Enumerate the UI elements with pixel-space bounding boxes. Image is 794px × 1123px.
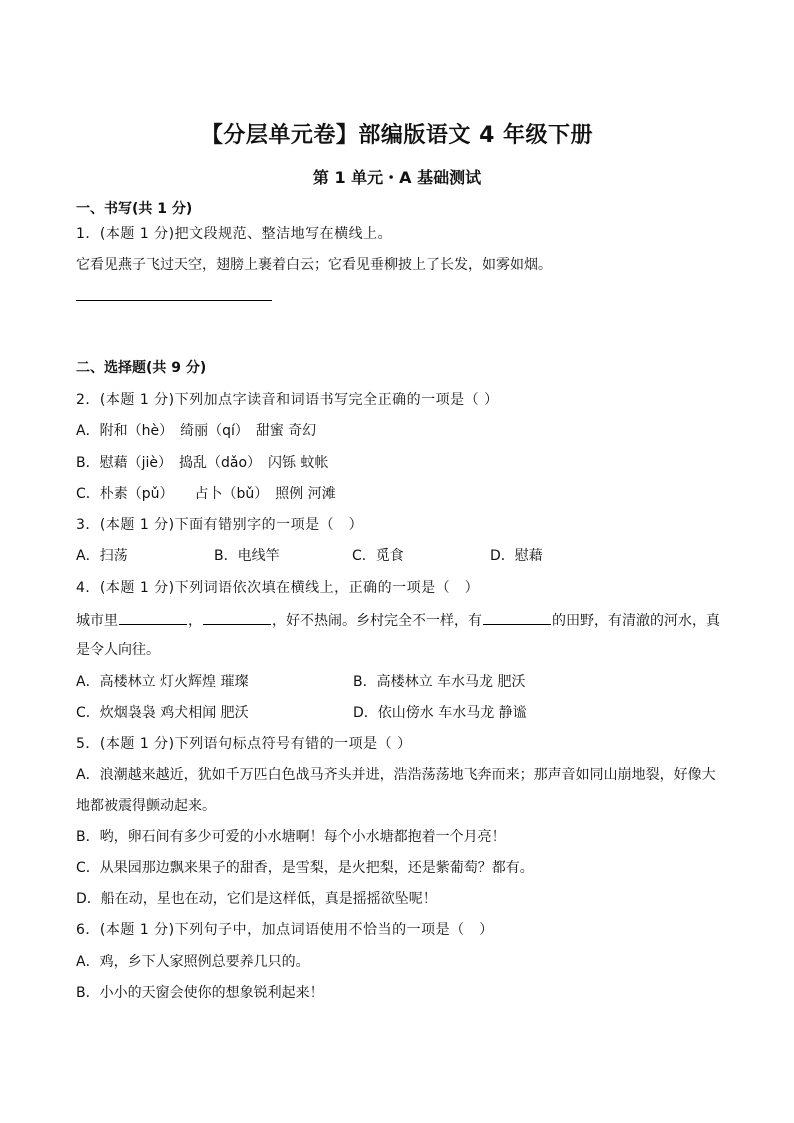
passage-part: ， [188,613,202,629]
question-5-option-b[interactable]: B．哟，卵石间有多少可爱的小水塘啊！每个小水塘都抱着一个月亮！ [76,828,506,846]
question-5-option-a[interactable]: A．浪潮越来越近，犹如千万匹白色战马齐头并进，浩浩荡荡地飞奔而来；那声音如同山崩… [76,766,716,784]
answer-writing-line[interactable] [76,300,272,301]
question-1-stem: 1．(本题 1 分)把文段规范、整洁地写在横线上。 [76,225,392,243]
question-3-option-a[interactable]: A．扫荡 [76,547,128,565]
question-3-option-c[interactable]: C．觅食 [352,547,404,565]
question-4-passage-cont: 是令人向往。 [76,641,160,659]
question-4-option-a[interactable]: A．高楼林立 灯火辉煌 璀璨 [76,673,248,691]
passage-part: 的田野，有清澈的河水，真 [552,613,720,629]
question-2-option-b[interactable]: B．慰藉（jiè） 捣乱（dǎo） 闪铄 蚊帐 [76,454,328,472]
question-5-option-a-cont[interactable]: 地都被震得颤动起来。 [76,797,216,815]
fill-blank-1[interactable] [119,610,187,625]
question-2-option-c[interactable]: C．朴素（pǔ） 占卜（bǔ） 照例 河滩 [76,485,336,503]
question-4-option-b[interactable]: B．高楼林立 车水马龙 肥沃 [353,673,526,691]
question-3-stem: 3．(本题 1 分)下面有错别字的一项是（ ） [76,516,363,534]
passage-part: 城市里 [76,613,118,629]
question-4-stem: 4．(本题 1 分)下列词语依次填在横线上，正确的一项是（ ） [76,579,479,597]
question-2-option-a[interactable]: A．附和（hè） 绮丽（qí） 甜蜜 奇幻 [76,422,316,440]
question-5-option-c[interactable]: C．从果园那边飘来果子的甜香，是雪梨，是火把梨，还是紫葡萄？都有。 [76,859,534,877]
question-4-option-d[interactable]: D．依山傍水 车水马龙 静谧 [353,704,527,722]
question-3-option-d[interactable]: D．慰藉 [490,547,543,565]
exam-page: 【分层单元卷】部编版语文 4 年级下册 第 1 单元・A 基础测试 一、书写(共… [0,0,794,1123]
question-4-passage: 城市里，，好不热闹。乡村完全不一样，有的田野，有清澈的河水，真 [76,610,720,630]
passage-part: ，好不热闹。乡村完全不一样，有 [272,613,482,629]
question-6-option-a[interactable]: A．鸡，乡下人家照例总要养几只的。 [76,953,310,971]
section-heading-writing: 一、书写(共 1 分) [76,200,192,218]
question-6-option-b[interactable]: B．小小的天窗会使你的想象锐利起来！ [76,984,324,1002]
document-subtitle: 第 1 单元・A 基础测试 [0,165,794,188]
question-5-stem: 5．(本题 1 分)下列语句标点符号有错的一项是（ ） [76,735,412,753]
fill-blank-2[interactable] [203,610,271,625]
question-2-stem: 2．(本题 1 分)下列加点字读音和词语书写完全正确的一项是（ ） [76,391,499,409]
question-1-passage: 它看见燕子飞过天空，翅膀上裹着白云；它看见垂柳披上了长发，如雾如烟。 [76,256,552,274]
question-4-option-c[interactable]: C．炊烟袅袅 鸡犬相闻 肥沃 [76,704,249,722]
section-heading-choice: 二、选择题(共 9 分) [76,359,206,377]
fill-blank-3[interactable] [483,610,551,625]
document-title: 【分层单元卷】部编版语文 4 年级下册 [0,118,794,149]
question-5-option-d[interactable]: D．船在动，星也在动，它们是这样低，真是摇摇欲坠呢！ [76,890,437,908]
question-6-stem: 6．(本题 1 分)下列句子中，加点词语使用不恰当的一项是（ ） [76,921,494,939]
question-3-option-b[interactable]: B．电线竿 [214,547,280,565]
